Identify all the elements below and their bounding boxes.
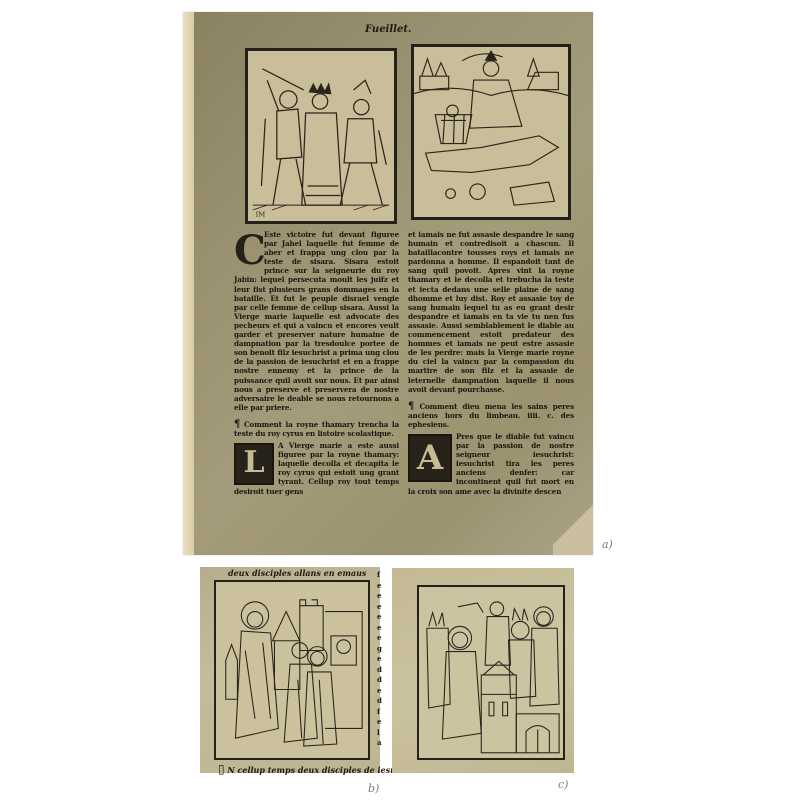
text-column-right: et iamais ne fut assasie despandre le sa…: [408, 230, 574, 504]
dropcap-a: A: [408, 434, 452, 482]
dropcap-n-partial: ▯: [218, 762, 225, 776]
woodcut-left: IM: [245, 48, 397, 224]
rubric-text: Comment dieu mena les sains peres ancien…: [408, 402, 574, 429]
paragraph-vierge: L A Vierge marie a este aussi figuree pa…: [234, 441, 399, 496]
dropcap-c: C: [234, 232, 260, 270]
panel-label-a: a): [602, 538, 613, 551]
paragraph-cyrus: et iamais ne fut assasie despandre le sa…: [408, 230, 574, 394]
panel-label-b: b): [368, 782, 379, 795]
corner-fold: [553, 495, 593, 555]
woodcut-right: [411, 44, 571, 220]
svg-text:IM: IM: [256, 211, 266, 219]
woodcut-emmaus: [214, 580, 370, 760]
dropcap-l: L: [234, 443, 274, 485]
rubric-limbeau: ¶ Comment dieu mena les sains peres anci…: [408, 402, 574, 429]
paper-edge: [183, 12, 194, 555]
woodcut-attack-illustration: IM: [248, 51, 394, 221]
woodcut-limbo-illustration: [419, 587, 563, 758]
paragraph-text: et iamais ne fut assasie despandre le sa…: [408, 230, 574, 394]
folio-heading: Fueillet.: [365, 24, 411, 35]
rubric-text: Comment la royne thamary trencha la test…: [234, 420, 399, 438]
woodcut-queen-illustration: [414, 47, 568, 217]
paragraph-jahel: C Este victoire fut devant figuree par J…: [234, 230, 399, 412]
caption-text: N cellup temps deux disciples de iesus: [227, 765, 400, 775]
caption-bottom-b: ▯ N cellup temps deux disciples de iesus: [218, 762, 400, 776]
caption-top-b: deux disciples allans en emaus: [228, 568, 366, 578]
rubric-thamary: ¶ Comment la royne thamary trencha la te…: [234, 420, 399, 438]
panel-label-c: c): [558, 778, 568, 791]
text-column-left: C Este victoire fut devant figuree par J…: [234, 230, 399, 504]
paragraph-apres: A Pres que le diable fut vaincu par la p…: [408, 432, 574, 496]
woodcut-emmaus-illustration: [216, 582, 368, 758]
woodcut-limbo: [417, 585, 565, 760]
margin-letters-b: feeeeeegeddedfela: [377, 570, 385, 749]
